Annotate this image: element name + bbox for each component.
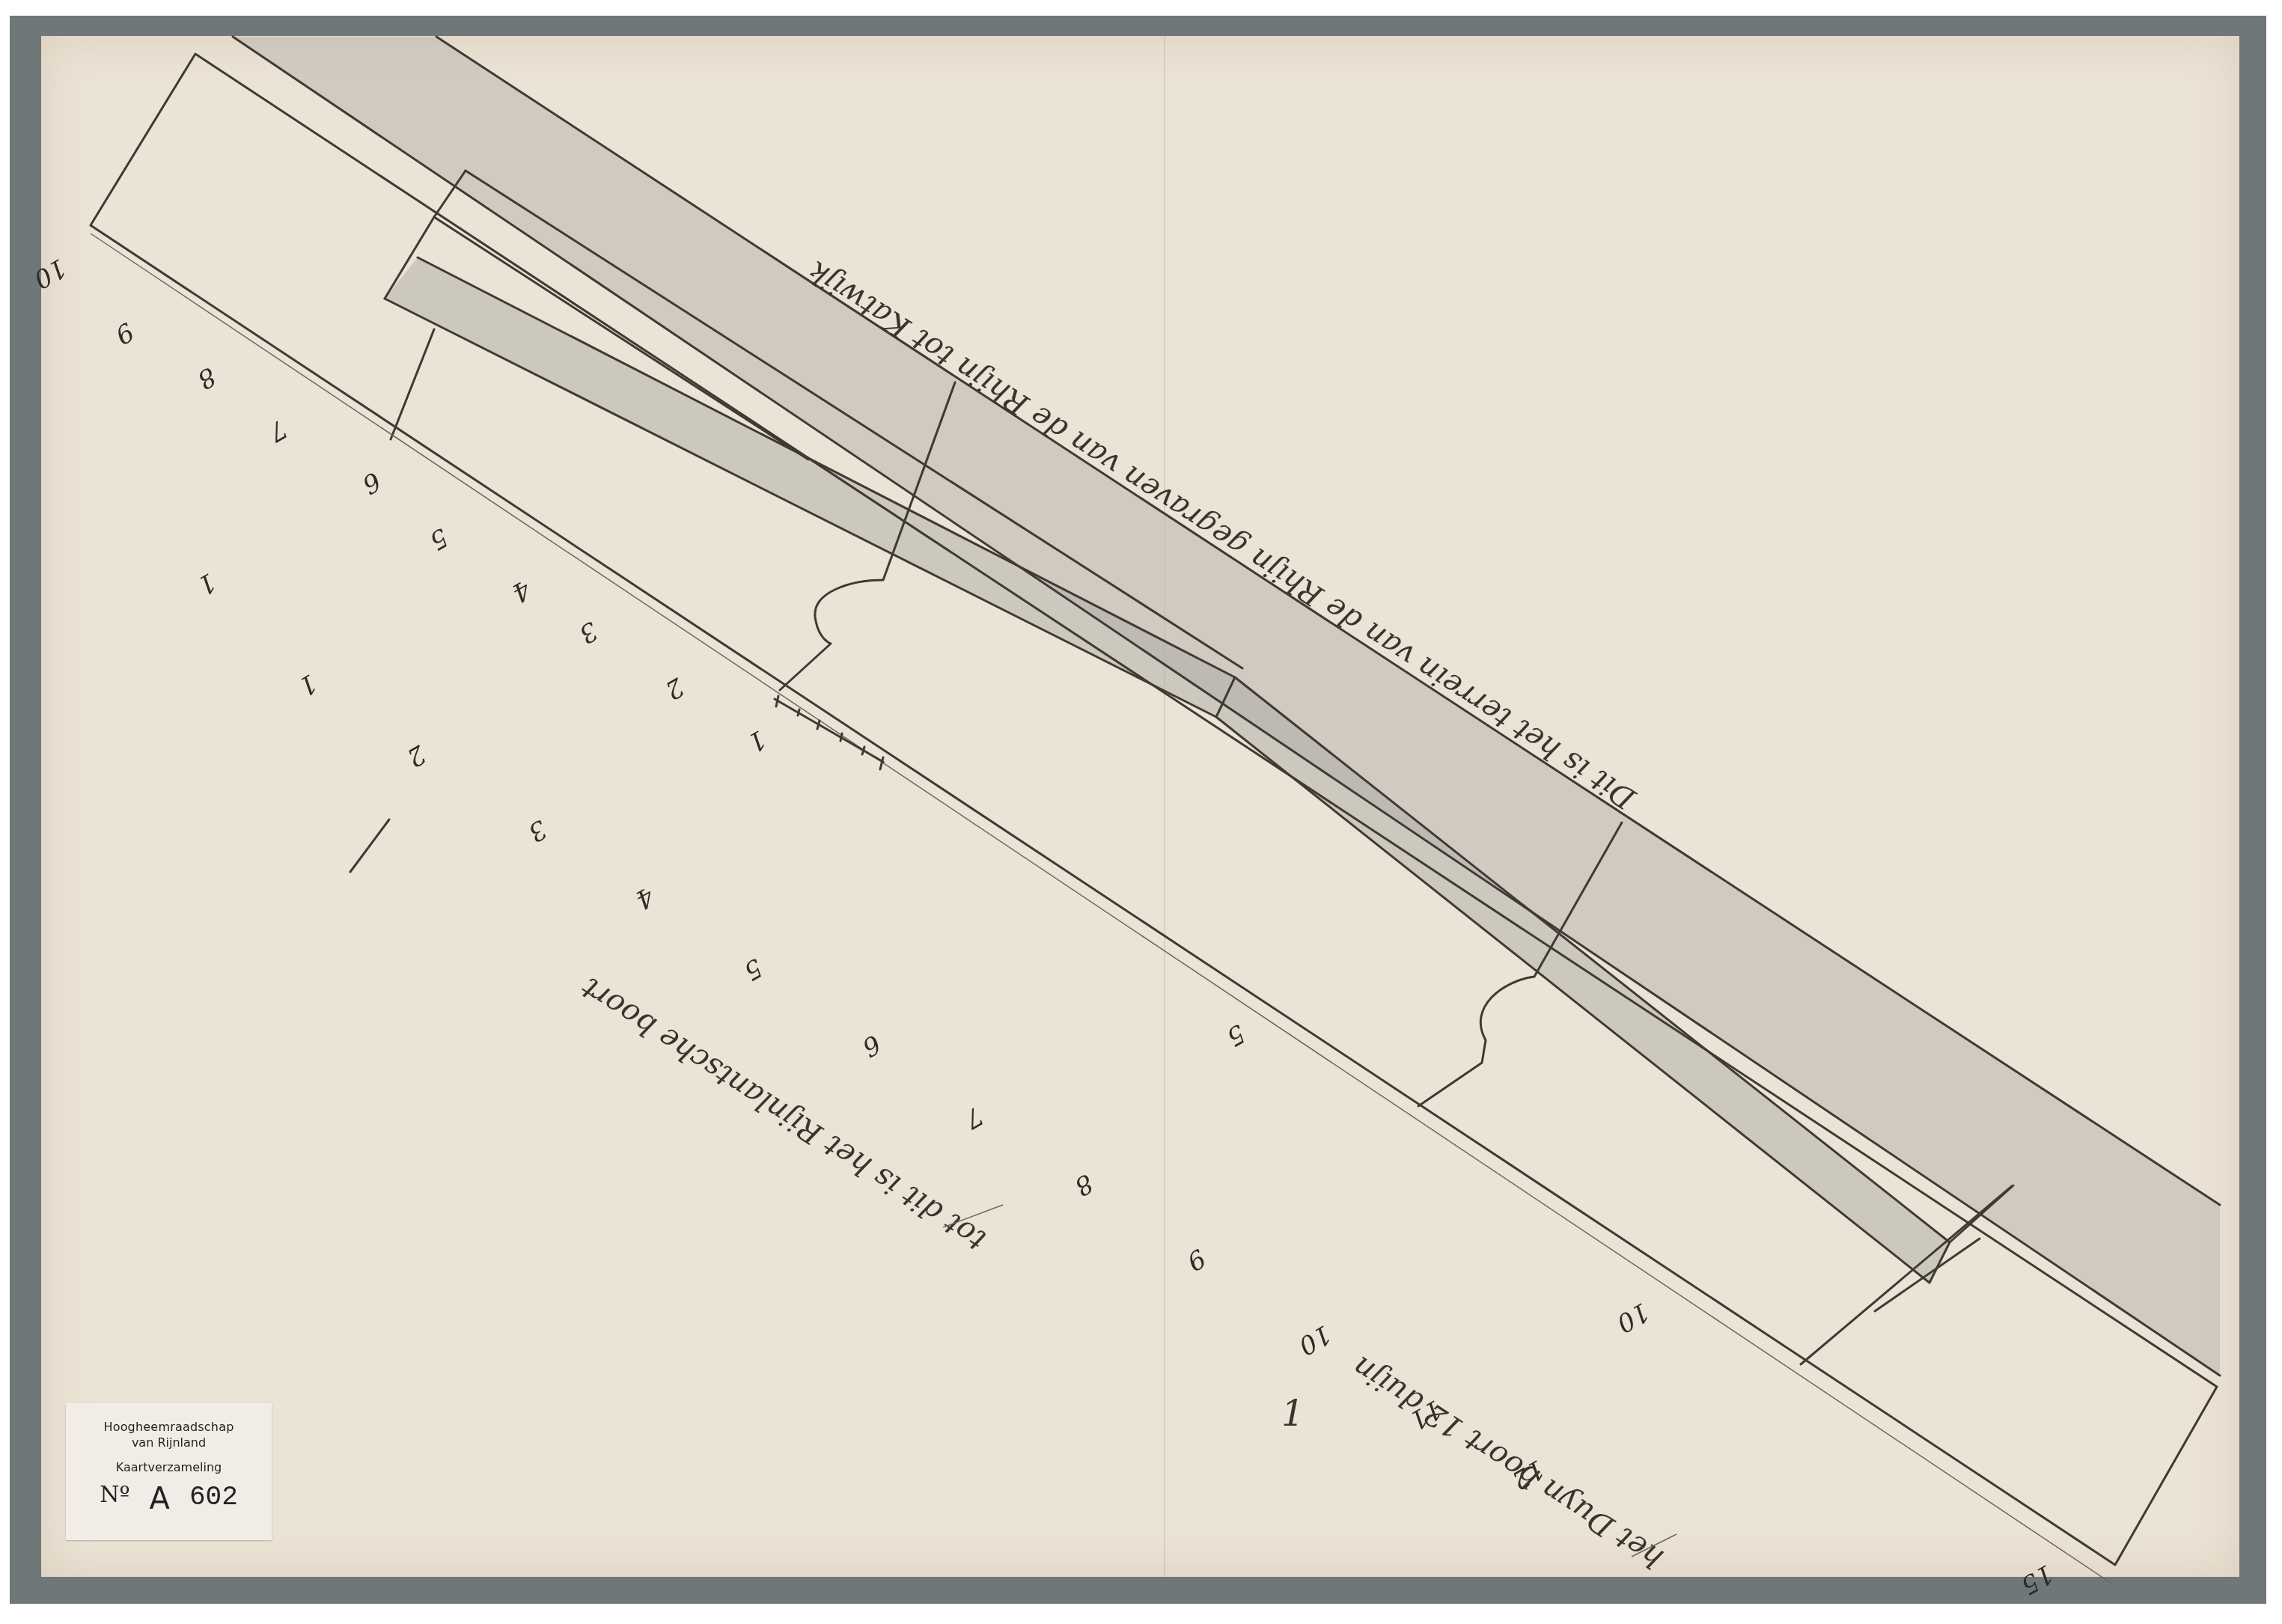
svg-text:1: 1 [293, 668, 323, 701]
annotation-middle-stroke [350, 819, 389, 872]
svg-text:3: 3 [523, 813, 552, 847]
svg-text:10: 10 [1293, 1319, 1336, 1361]
svg-text:15: 15 [2016, 1558, 2058, 1600]
svg-text:5: 5 [739, 952, 768, 986]
svg-text:7: 7 [959, 1100, 988, 1135]
svg-text:1: 1 [742, 724, 772, 757]
archive-label-line1: Hoogheemraadschap [66, 1420, 272, 1434]
narrow-band-lower [385, 299, 1950, 1283]
map-drawing: 10 9 8 7 6 5 4 3 2 1 1 1 2 3 4 5 6 7 8 9… [0, 0, 2282, 1624]
archive-number-prefix: Nº [100, 1482, 129, 1516]
archive-series: A [150, 1482, 170, 1516]
archive-label-line2: van Rijnland [66, 1435, 272, 1450]
archive-label: Hoogheemraadschap van Rijnland Kaartverz… [66, 1403, 272, 1540]
left-scale-numbers: 10 9 8 7 6 5 4 3 2 1 [28, 252, 771, 757]
scale-bar [775, 696, 883, 769]
svg-text:5: 5 [424, 522, 454, 555]
svg-text:9: 9 [110, 316, 139, 349]
svg-text:7: 7 [263, 413, 292, 448]
svg-text:6: 6 [857, 1028, 886, 1062]
svg-text:6: 6 [357, 465, 386, 499]
inner-parcel-left-lower [391, 329, 434, 439]
svg-text:8: 8 [1070, 1167, 1099, 1201]
svg-text:4: 4 [630, 881, 660, 915]
archive-number: Nº A 602 [66, 1482, 272, 1516]
annotation-bottom-prefix: 1 [1281, 1393, 1305, 1435]
svg-text:3: 3 [574, 615, 603, 649]
map-canvas: 10 9 8 7 6 5 4 3 2 1 1 1 2 3 4 5 6 7 8 9… [0, 0, 2282, 1624]
archive-number-value: 602 [189, 1482, 238, 1516]
svg-text:2: 2 [660, 671, 690, 706]
svg-text:10: 10 [28, 252, 71, 294]
annotation-bottom: het Duyn boort 12 duijn [1346, 1349, 1670, 1576]
svg-text:10: 10 [1611, 1296, 1654, 1338]
annotation-middle: tot dit is het Rijnlantsche boort [575, 970, 992, 1257]
svg-text:1: 1 [192, 567, 222, 600]
archive-label-line3: Kaartverzameling [66, 1460, 272, 1474]
svg-text:4: 4 [507, 574, 537, 608]
svg-text:5: 5 [1221, 1018, 1251, 1051]
inner-parcel-top-edge [466, 171, 1242, 668]
svg-text:9: 9 [1182, 1242, 1211, 1276]
band-lower-edge [233, 37, 2220, 1376]
svg-text:8: 8 [192, 361, 222, 394]
svg-text:2: 2 [402, 739, 432, 773]
